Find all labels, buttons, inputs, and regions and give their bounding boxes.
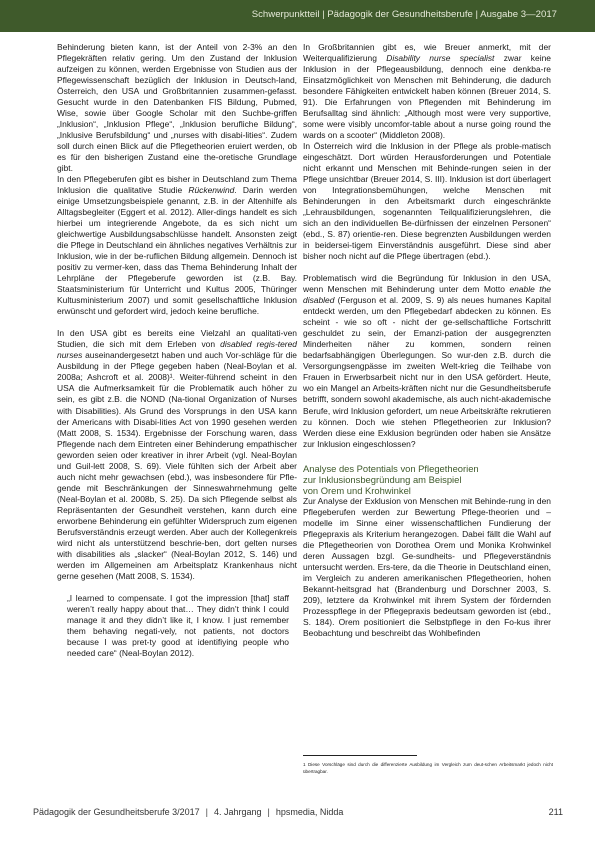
page-footer: Pädagogik der Gesundheitsberufe 3/2017|4… [33, 807, 563, 817]
text-run: auseinandergesetzt haben und auch Vor-sc… [57, 350, 297, 580]
footnote: 1 Diese Vorschläge sind durch die differ… [303, 762, 553, 775]
text-run: zwar keine Inklusion in der Pflegeausbil… [303, 53, 551, 140]
paragraph: Problematisch wird die Begründung für In… [303, 273, 551, 449]
paragraph: Behinderung bieten kann, ist der Anteil … [57, 42, 297, 174]
paragraph: Zur Analyse der Exklusion von Menschen m… [303, 496, 551, 639]
italic-study-title: Rückenwind [188, 185, 234, 195]
page-number: 211 [549, 807, 563, 817]
paragraph: In Großbritannien gibt es, wie Breuer an… [303, 42, 551, 141]
italic-term: Disability nurse specialist [386, 53, 494, 63]
paragraph-gap [57, 317, 297, 328]
paragraph: In Österreich wird die Inklusion in der … [303, 141, 551, 262]
left-column: Behinderung bieten kann, ist der Anteil … [57, 42, 297, 659]
header-bar: Schwerpunktteil | Pädagogik der Gesundhe… [0, 0, 595, 32]
heading-line: Analyse des Potentials von Pflegetheorie… [303, 463, 479, 474]
heading-line: zur Inklusionsbegründung am Beispiel [303, 474, 461, 485]
footer-volume: 4. Jahrgang [214, 807, 262, 817]
paragraph-gap [303, 262, 551, 273]
footer-publisher: hpsmedia, Nidda [276, 807, 344, 817]
footer-journal: Pädagogik der Gesundheitsberufe 3/2017 [33, 807, 200, 817]
heading-line: von Orem und Krohwinkel [303, 485, 411, 496]
block-quote: „I learned to compensate. I got the impr… [67, 593, 289, 659]
paragraph: In den Pflegeberufen gibt es bisher in D… [57, 174, 297, 317]
paragraph-gap [303, 450, 551, 461]
section-heading: Analyse des Potentials von Pflegetheorie… [303, 463, 551, 496]
running-title: Schwerpunktteil | Pädagogik der Gesundhe… [252, 9, 557, 20]
right-column: In Großbritannien gibt es, wie Breuer an… [303, 42, 551, 639]
text-run: (Ferguson et al. 2009, S. 9) als neues h… [303, 295, 551, 448]
paragraph-gap [57, 582, 297, 593]
footnote-divider [303, 755, 417, 756]
paragraph: In den USA gibt es bereits eine Vielzahl… [57, 328, 297, 581]
text-run: . Darin werden einige Umsetzungsbeispiel… [57, 185, 297, 316]
footer-separator: | [206, 807, 208, 817]
footer-separator: | [268, 807, 270, 817]
